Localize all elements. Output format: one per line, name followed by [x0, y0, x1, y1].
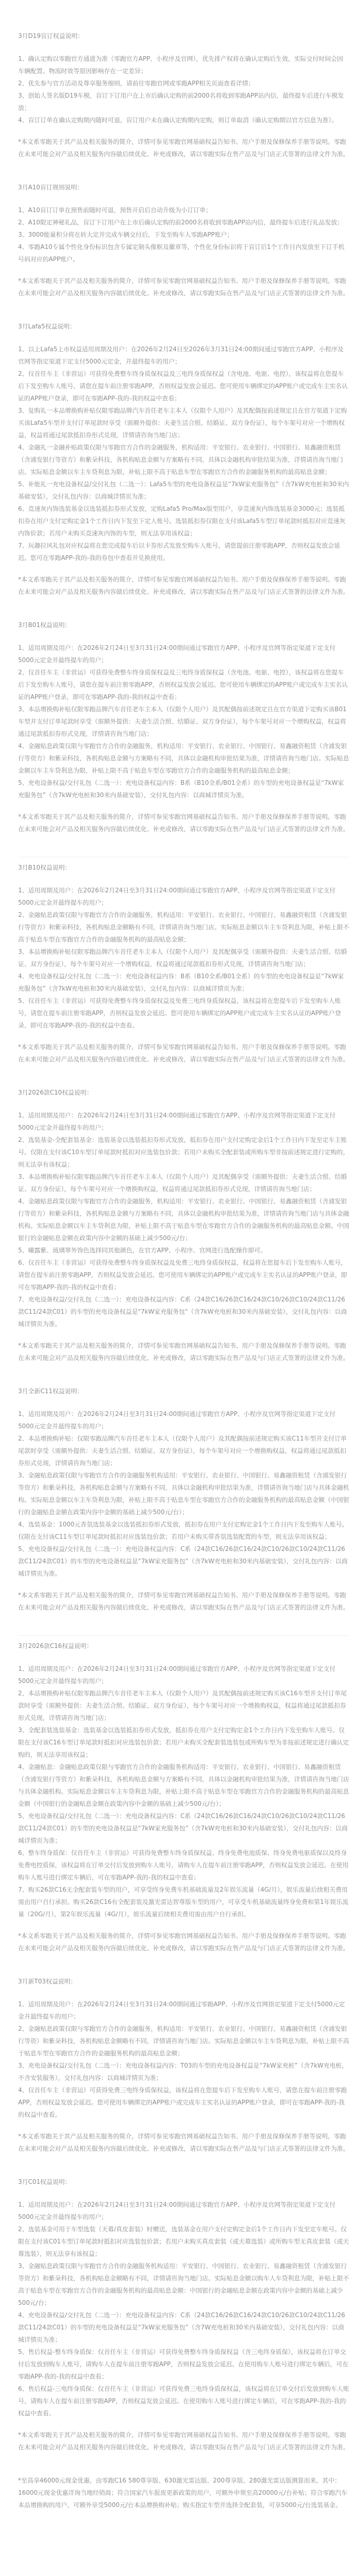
rule-item: 1、适用周期及用户：在2026年2月24日至3月31日24:00期间通过零跑官方…: [18, 2199, 349, 2224]
rule-item: 7、玩趣拉风礼包对应权益将在您完成提车后以卡券形式发放至购车人账号，请您提前注册…: [18, 540, 349, 565]
rule-item: 7、购买26款C16无全配套装车型的用户，可享受终身免费车机基础流量及2年娱乐流…: [18, 1884, 349, 1921]
disclaimer-text: *本文系零跑关于其产品及相关服务的简介，详情可参见零跑官网基础权益告知书、用户手…: [18, 1340, 349, 1365]
rule-item: 4、金融贴息：金融贴息政策仅限与零跑官方合作的金融服务机构适用：平安银行、农业银…: [18, 1761, 349, 1810]
rule-item: 7、充电设备权益/交付礼包（二选一）：充电设备权益内容：C系（24款C16/26…: [18, 1294, 349, 1331]
rules-list: 1、适用周期及用户：在2026年2月24日至3月31日24:00期间通过零跑官方…: [18, 1110, 349, 1331]
rule-item: 6、售后权益-三电终身质保：仅首任车主（非营运）可获得免费三电终身质保权益，该权…: [18, 2383, 349, 2420]
rules-section: 3月新T03权益说明：1、适用周期及用户：在2026年2月24日至3月31日24…: [18, 1976, 349, 2155]
rules-section: 3月D19盲订权益说明：1、确认定购以零跑官方通道为准（零跑官方APP、小程序及…: [18, 30, 349, 161]
rule-item: 3、金融贴息政策仅限与零跑官方合作的金融服务机构适用：平安银行、中国银行、农业银…: [18, 2260, 349, 2310]
rule-item: 4、仅首任车主（非营运）可获得免费三电终身质保权益，该权益将在您提车后下发至购车…: [18, 2085, 349, 2121]
disclaimer-text: *本文系零跑关于其产品及相关服务的简介，详情可参见零跑官网基础权益告知书、用户手…: [18, 1041, 349, 1066]
rule-item: 3、创始人签名版D19车模，盲订下订用户在上市后确认定购的前2000名将收到零跑…: [18, 90, 349, 115]
rule-item: 3、本品增换购补贴仅限零跑品牌汽车首任老车主本人（仅阻个人用户）及其配偶享受（需…: [18, 1171, 349, 1196]
rules-list: 1、A10盲订订单在预售前随时可退，预售开启后自动升级为小订订单；2、A10限定…: [18, 205, 349, 266]
rule-item: 2、A10限定神秘礼品，盲订下订用户在上市后确认定购的前2000名将收到零跑AP…: [18, 217, 349, 229]
section-title: 3月新T03权益说明：: [18, 1976, 349, 1988]
rules-section: 3月2026款C16权益说明：1、适用周期及用户：在2026年2月24日至3月3…: [18, 1635, 349, 1955]
rule-item: 4、充电设备权益/交付礼包（二选一）：充电设备权益内容：B系（B10全系/B01…: [18, 971, 349, 995]
rule-item: 2、优先参与官方活动及尊享服务细则，请前往零跑官网或零跑APP相关页面查看详情；: [18, 78, 349, 90]
rule-item: 1、确认定购以零跑官方通道为准（零跑官方APP、小程序及官网），优先排产权将在确…: [18, 53, 349, 78]
rule-item: 3、金融贴息政策仅限与零跑官方合作的金融服务机构适用：平安银行、农业银行、中国银…: [18, 1470, 349, 1519]
rules-list: 1、适用周期及用户：在2026年2月24日至3月31日24:00期间通过零跑官方…: [18, 1663, 349, 1921]
rules-section: 3月2026款C10权益说明：1、适用周期及用户：在2026年2月24日至3月3…: [18, 1087, 349, 1365]
rule-item: 2、金融贴息政策仅限与零跑官方合作的金融服务，机构适用：平安银行、农业银行、中国…: [18, 909, 349, 946]
footnote: *至高享46000元现金优惠，由零跑C16 580尊享版、630激光雷达版、20…: [18, 2475, 349, 2512]
rule-item: 4、盲订订单在确认定购期内随时可退，盲订用户未在确认定购期内定购，则订单取消（确…: [18, 115, 349, 127]
section-title: 3月全新C11权益说明：: [18, 1386, 349, 1398]
rules-list: 1、适用周期及用户：在2026年2月24日至3月31日24:00期间通过零跑AP…: [18, 1999, 349, 2121]
rule-item: 2、金融贴息政策仅限与零跑官方合作的金融服务，机构适用：平安银行、农业银行、中国…: [18, 2023, 349, 2060]
rule-item: 5、仅首任车主（非营运）可获得免费整车终身质保权益及免费三电终身质保权益，该权益…: [18, 995, 349, 1032]
rule-item: 4、零跑A10专属个性化身份标识包含专属定制头像框及徽章等，个性化身份标识将于盲…: [18, 241, 349, 266]
rule-item: 5、充电设备权益/交付礼包（二选一）：充电设备权益内容：C系（24款C16/26…: [18, 1543, 349, 1580]
rules-list: 1、适用周期及用户：在2026年2月24日至3月31日24:00期间通过零跑官方…: [18, 642, 349, 802]
disclaimer-text: *本文系零跑关于其产品及相关服务的简介，详情可参见零跑官网基础权益告知书、用户手…: [18, 1930, 349, 1955]
rule-item: 5、补能礼一充电设备权益/交付礼包（二选一）：Lafa5车型的充电设备权益是“7…: [18, 479, 349, 503]
rule-item: 4、选装基金：1000元香氛选装基金以选装抵扣券形式发放，抵扣券在用户支付定购定…: [18, 1519, 349, 1543]
section-title: 3月Lafa5权益说明：: [18, 321, 349, 333]
rules-document: 3月D19盲订权益说明：1、确认定购以零跑官方通道为准（零跑官方APP、小程序及…: [0, 0, 362, 2576]
rule-item: 4、金融礼一金融补贴政策仅限与零跑官方合作的金融服务，机构适用：平安银行、农业银…: [18, 442, 349, 479]
section-title: 3月B10权益说明：: [18, 862, 349, 874]
rule-item: 3、充电设备权益/交付礼包（二选一）：充电设备权益内容：T03的车型的充电设备权…: [18, 2060, 349, 2085]
rule-item: 1、适用周期及用户：在2026年2月24日至3月31日24:00期间通过零跑官方…: [18, 1663, 349, 1688]
rule-item: 5、充电设备权益/交付礼包（二选一）：充电设备权益内容：C系（24款C16/26…: [18, 1810, 349, 1847]
disclaimer-text: *本文系零跑关于其产品及相关服务的简介，详情可参见零跑官网基础权益告知书、用户手…: [18, 811, 349, 836]
rule-item: 6、竞速灰内饰选装基金以选装抵扣券形式发放，定购Lafa5 Pro/Max版型用…: [18, 503, 349, 540]
rule-item: 3、复购礼一本品增换购补贴仅限零跑品牌汽车首任老车主本人（仅限个人用户）及其配偶…: [18, 405, 349, 442]
rule-item: 1、适用周期及用户：在2026年2月24日至3月31日24:00期间通过零跑官方…: [18, 642, 349, 667]
rule-item: 4、金融贴息政策仅限与零跑官方合作的金融服务，机构适用：平安银行、农业银行、中国…: [18, 1196, 349, 1245]
rules-section: 3月B10权益说明：1、适用周期及用户：在2026年2月24日至3月31日24:…: [18, 857, 349, 1066]
section-title: 3月2026款C16权益说明：: [18, 1640, 349, 1653]
disclaimer-text: *本文系零跑关于其产品及相关服务的简介，详情可参见零跑官网基础权益告知书、用户手…: [18, 136, 349, 161]
rule-item: 2、仅首任车主（非营运）可获得免费整车终身质保权益及三电终身质保权益（含电池、电…: [18, 667, 349, 704]
rule-item: 5、充电设备权益/交付礼包（二选一）：充电设备权益内容：B系（B10全系/B01…: [18, 777, 349, 802]
rule-item: 2、仅首任车主（非营运）可获得免费整车终身质保权益及三电终身质保权益（含电池、电…: [18, 368, 349, 405]
rule-item: 1、适用周期及用户：在2026年2月24日至3月31日24:00期间通过零跑官方…: [18, 885, 349, 909]
rules-section: 3月B01权益说明：1、适用周期及用户：在2026年2月24日至3月31日24:…: [18, 619, 349, 836]
rule-item: 1、A10盲订订单在预售前随时可退，预售开启后自动升级为小订订单；: [18, 205, 349, 217]
disclaimer-text: *本文系零跑关于其产品及相关服务的简介，详情可参见零跑官网基础权益告知书、用户手…: [18, 275, 349, 300]
rules-list: 1、适用周期及用户：在2026年2月24日至3月31日24:00期间通过零跑官方…: [18, 2199, 349, 2420]
rule-item: 1、适用周期及用户：在2026年2月24日至3月31日24:00期间通过零跑官方…: [18, 1110, 349, 1134]
rule-item: 1、适用周期及用户：在2026年2月24日至3月31日24:00期间通过零跑官方…: [18, 1408, 349, 1433]
rule-item: 2、选装基金可用于车型选装（天幕/真皮套装）时赠送，选装基金在用户支付定购定金后…: [18, 2224, 349, 2260]
rule-item: 5、曦露紫、琉璃翠外饰色选择同其他颜色，在官方APP、小程序、官网进行选配操作即…: [18, 1245, 349, 1257]
disclaimer-text: *本文系零跑关于其产品及相关服务的简介，详情可参见零跑官网基础权益告知书、用户手…: [18, 574, 349, 598]
rule-item: 6、整车终身质保：仅首任车主（非营运）可获得免费整车终身质保权益、终身免费电池质…: [18, 1847, 349, 1884]
disclaimer-text: *本文系零跑关于其产品及相关服务的简介，详情可参见零跑官网基础权益告知书、用户手…: [18, 2429, 349, 2454]
section-title: 3月D19盲订权益说明：: [18, 30, 349, 43]
section-title: 3月B01权益说明：: [18, 619, 349, 632]
disclaimer-text: *本文系零跑关于其产品及相关服务的简介，详情可参见零跑官网基础权益告知书、用户手…: [18, 1590, 349, 1614]
section-title: 3月C01权益说明：: [18, 2176, 349, 2189]
rule-item: 3、全配套装选装基金：选装基金以选装抵扣券形式发放，抵扣券在用户支付定购定金1个…: [18, 1725, 349, 1761]
rule-item: 1、适用周期及用户：在2026年2月24日至3月31日24:00期间通过零跑AP…: [18, 1999, 349, 2023]
rules-list: 1、适用周期及用户：在2026年2月24日至3月31日24:00期间通过零跑官方…: [18, 1408, 349, 1580]
rules-list: 1、确认定购以零跑官方通道为准（零跑官方APP、小程序及官网），优先排产权将在确…: [18, 53, 349, 127]
rule-item: 1、以上Lafa5上市权益适用周期及用户：在2026年2月24日至2026年3月…: [18, 344, 349, 368]
rule-item: 5、售后权益-整车终身质保：仅首任车主（非营运）可获得免费整车终身质保权益（含三…: [18, 2346, 349, 2383]
rule-item: 2、选装基金-全配套装基金：选装基金以选装抵扣券形式发放，抵扣券在用户支付定购定…: [18, 1134, 349, 1171]
section-title: 3月2026款C10权益说明：: [18, 1087, 349, 1099]
rules-section: 3月C01权益说明：1、适用周期及用户：在2026年2月24日至3月31日24:…: [18, 2176, 349, 2454]
rules-section: 3月A10盲订规则说明：1、A10盲订订单在预售前随时可退，预售开启后自动升级为…: [18, 182, 349, 300]
rule-item: 2、本品增换购补贴：仅限零跑品牌汽车首任老车主本人（仅限个人用户）及其配偶按前述…: [18, 1433, 349, 1470]
rule-item: 4、充电设备权益/交付礼包（二选一）：充电设备权益内容：C系（24款C16/26…: [18, 2310, 349, 2346]
rules-list: 1、适用周期及用户：在2026年2月24日至3月31日24:00期间通过零跑官方…: [18, 885, 349, 1032]
rule-item: 3、本品增换购补贴仅限零跑品牌汽车首任老车主本人（仅限个人用户）及其配偶享受（需…: [18, 946, 349, 971]
rule-item: 6、仅首任车主（非营运）可获得免费整车终身质保权益及免费三电终身质保权益，权益将…: [18, 1257, 349, 1294]
section-title: 3月A10盲订规则说明：: [18, 182, 349, 194]
rule-item: 4、金融贴息政策仅限与零跑官方合作的金融服务，机构适用：平安银行、农业银行、中国…: [18, 740, 349, 777]
rules-section: 3月全新C11权益说明：1、适用周期及用户：在2026年2月24日至3月31日2…: [18, 1386, 349, 1614]
rule-item: 2、本品增换购补贴仅限零跑品牌汽车首任老车主本人（仅限个人用户）及其配偶按前述规…: [18, 1688, 349, 1725]
rules-list: 1、以上Lafa5上市权益适用周期及用户：在2026年2月24日至2026年3月…: [18, 344, 349, 565]
rule-item: 3、本品增换购补贴仅限零跑品牌汽车首任老车主本人（仅限个人用户）及其配偶按前述规…: [18, 704, 349, 740]
disclaimer-text: *本文系零跑关于其产品及相关服务的简介，详情可参见零跑官网基础权益告知书、用户手…: [18, 2131, 349, 2155]
rule-item: 3、3000能量积分将在转大定并完成车辆交付后，下发至购车人零跑APP账户；: [18, 229, 349, 241]
rules-section: 3月Lafa5权益说明：1、以上Lafa5上市权益适用周期及用户：在2026年2…: [18, 321, 349, 598]
